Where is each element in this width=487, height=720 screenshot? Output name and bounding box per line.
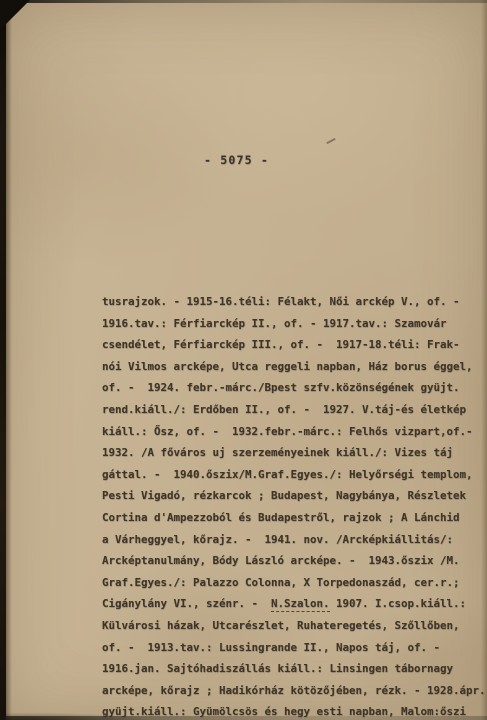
text-line-with-underline: Cigánylány VI., szénr. - N.Szalon. 1907.… [102,593,484,615]
text-line: a Várheggyel, kőrajz. - 1941. nov. /Arck… [102,529,484,551]
scan-edge-left-shadow [6,0,12,720]
scan-corner-top-left [0,0,30,30]
text-line: 1932. /A főváros uj szerzeményeinek kiál… [102,442,484,464]
typewritten-text-block: tusrajzok. - 1915-16.téli: Félakt, Női a… [102,291,484,720]
text-line: Graf.Egyes./: Palazzo Colonna, X Torpedo… [102,572,484,594]
text-line: rend.kiáll./: Erdőben II., of. - 1927. V… [102,399,484,421]
text-segment: 1907. I.csop.kiáll.: [330,597,467,610]
text-line: tusrajzok. - 1915-16.téli: Félakt, Női a… [102,291,484,313]
text-line: 1916.tav.: Férfiarckép II., of. - 1917.t… [102,313,484,335]
text-line: of. - 1924. febr.-márc./Bpest szfv.közön… [102,377,484,399]
text-line: Pesti Vigadó, rézkarcok ; Budapest, Nagy… [102,485,484,507]
text-line: gáttal. - 1940.őszix/M.Graf.Egyes./: Hel… [102,464,484,486]
scan-edge-top [0,0,487,3]
text-line: of. - 1913.tav.: Lussingrande II., Napos… [102,637,484,659]
text-line: csendélet, Férfiarckép III., of. - 1917-… [102,334,484,356]
text-line: arcképe, kőrajz ; Hadikórház kötözőjében… [102,680,484,702]
pencil-mark [326,138,336,144]
page-number: - 5075 - [204,153,269,167]
scanned-page: - 5075 - tusrajzok. - 1915-16.téli: Féla… [0,0,487,720]
text-segment: Cigánylány VI., szénr. - [102,597,271,610]
text-line: nói Vilmos arcképe, Utca reggeli napban,… [102,356,484,378]
text-line: Cortina d'Ampezzoból és Budapestről, raj… [102,507,484,529]
text-line: kiáll.: Ősz, of. - 1932.febr.-márc.: Fel… [102,421,484,443]
text-line: gyüjt.kiáll.: Gyümölcsös és hegy esti na… [102,701,484,720]
text-line: Arcképtanulmány, Bódy László arcképe. - … [102,550,484,572]
text-line: 1916.jan. Sajtóhadiszállás kiáll.: Linsi… [102,658,484,680]
text-line: Külvárosi házak, Utcarészlet, Ruhaterege… [102,615,484,637]
underlined-venue-name: N.Szalon. [271,597,330,612]
